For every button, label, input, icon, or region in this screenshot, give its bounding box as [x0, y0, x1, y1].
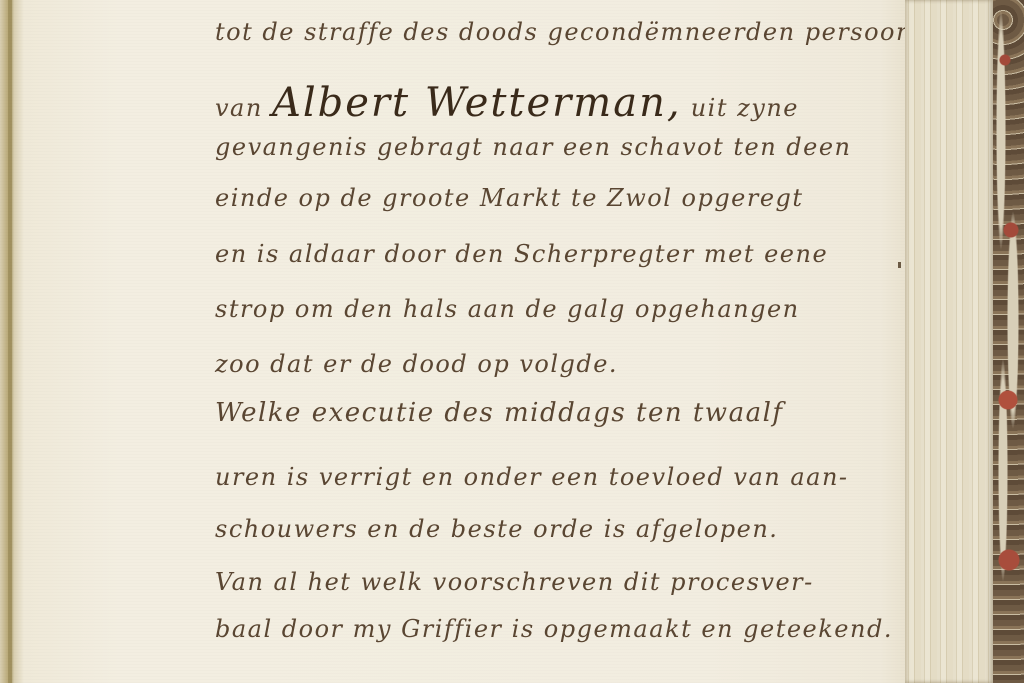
- text-line: strop om den hals aan de galg opgehangen: [215, 295, 800, 323]
- text-line: baal door my Griffier is opgemaakt en ge…: [215, 615, 893, 643]
- text-line: gevangenis gebragt naar een schavot ten …: [215, 133, 852, 161]
- person-name: Albert Wetterman,: [272, 80, 682, 126]
- marbled-cover: [993, 0, 1024, 683]
- binding-gutter: [8, 0, 12, 683]
- text-line: uren is verrigt en onder een toevloed va…: [215, 463, 849, 491]
- text-line: en is aldaar door den Scherpregter met e…: [215, 240, 828, 268]
- text-line: tot de straffe des doods gecondëmneerde…: [215, 18, 913, 46]
- page-stack-edges: [905, 0, 993, 683]
- text-word: van: [215, 94, 263, 122]
- handwritten-text: tot de straffe des doods gecondëmneerde…: [215, 0, 905, 683]
- text-word: uit zyne: [691, 94, 799, 122]
- ink-mark: [898, 262, 901, 268]
- text-line: schouwers en de beste orde is afgelopen.: [215, 515, 778, 543]
- text-line: einde op de groote Markt te Zwol opgereg…: [215, 184, 804, 212]
- text-line: Welke executie des middags ten twaalf: [215, 398, 784, 428]
- text-line: van Albert Wetterman, uit zyne: [215, 80, 799, 126]
- manuscript-page: tot de straffe des doods gecondëmneerde…: [0, 0, 905, 683]
- text-line: Van al het welk voorschreven dit procesv…: [215, 568, 814, 596]
- text-line: zoo dat er de dood op volgde.: [215, 350, 618, 378]
